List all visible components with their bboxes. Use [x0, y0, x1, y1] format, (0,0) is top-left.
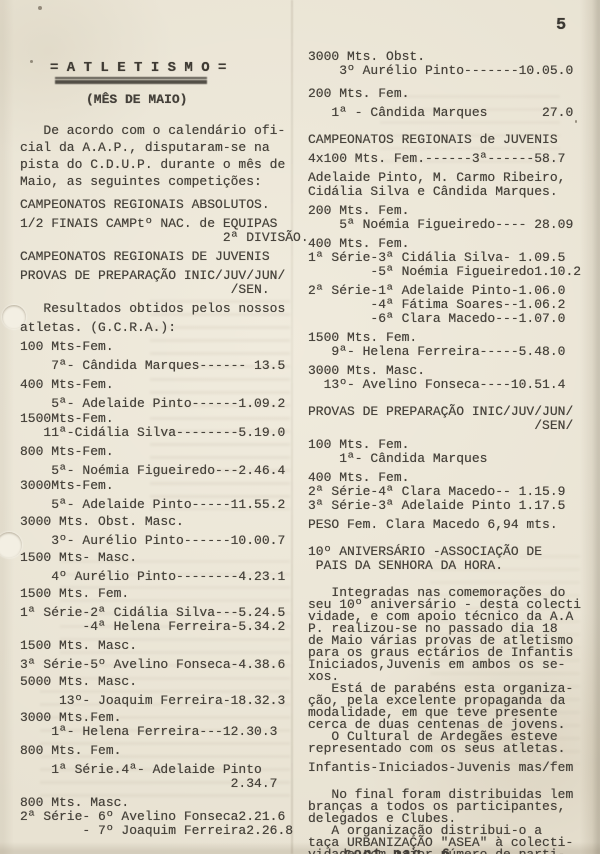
text-line: Maio, as seguintes competições:: [20, 175, 302, 188]
text-line: 200 Mts. Fem.: [308, 87, 594, 100]
text-line: 400 Mts. Fem.: [308, 237, 594, 250]
text-line: 1ª- Cândida Marques: [308, 452, 594, 465]
text-line: 100 Mts. Fem.: [308, 438, 594, 451]
paper-speck: [38, 6, 42, 10]
text-line: -5ª Noémia Figueiredo1.10.2: [308, 265, 594, 278]
text-line: 3º- Aurélio Pinto------10.00.7: [20, 534, 302, 547]
text-line: 1ª - Cândida Marques 27.0: [308, 106, 594, 119]
text-line: PESO Fem. Clara Macedo 6,94 mts.: [308, 518, 594, 531]
text-line: 2.34.7: [20, 777, 302, 790]
title-underline: [55, 77, 207, 84]
text-line: 200 Mts. Fem.: [308, 204, 594, 217]
text-line: Resultados obtidos pelos nossos: [20, 302, 302, 315]
text-line: Iniciados,Juvenis em ambos os se-: [308, 658, 594, 671]
page-title: = A T L E T I S M O =: [50, 60, 226, 76]
left-column: De acordo com o calendário ofi-cial da A…: [20, 124, 302, 837]
page-subtitle: (MÊS DE MAIO): [86, 92, 187, 107]
text-line: 1500 Mts. Fem.: [20, 587, 302, 600]
text-line: Infantis-Iniciados-Juvenis mas/fem: [308, 761, 594, 774]
text-line: 800 Mts. Fem.: [20, 744, 302, 757]
text-line: CAMPEONATOS REGIONAIS ABSOLUTOS.: [20, 198, 302, 211]
text-line: /SEN.: [20, 283, 302, 296]
text-line: 1ª Série.4ª- Adelaide Pinto: [20, 763, 302, 776]
right-column: 3000 Mts. Obst. 3º Aurélio Pinto-------1…: [308, 50, 594, 854]
text-line: 3000 Mts. Obst.: [308, 50, 594, 63]
text-line: -4ª Helena Ferreira-5.34.2: [20, 620, 302, 633]
text-line: 800 Mts-Fem.: [20, 445, 302, 458]
scanned-bulletin-page: 5 = A T L E T I S M O = (MÊS DE MAIO) De…: [0, 0, 600, 854]
text-line: 13º- Avelino Fonseca----10.51.4: [308, 378, 594, 391]
text-line: 7ª- Cândida Marques------ 13.5: [20, 359, 302, 372]
page-number: 5: [556, 16, 566, 35]
text-line: 1500 Mts- Masc.: [20, 551, 302, 564]
text-line: PROVAS DE PREPARAÇÃO INIC/JUV/JUN/: [20, 269, 302, 282]
text-line: Adelaide Pinto, M. Carmo Ribeiro,: [308, 171, 594, 184]
punch-hole: [0, 532, 22, 558]
text-line: 800 Mts. Masc.: [20, 796, 302, 809]
text-line: De acordo com o calendário ofi-: [20, 124, 302, 137]
text-line: -4ª Fátima Soares--1.06.2: [308, 298, 594, 311]
text-line: 5ª- Noémia Figueiredo---2.46.4: [20, 464, 302, 477]
text-line: pista do C.D.U.P. durante o mês de: [20, 158, 302, 171]
text-line: 100 Mts-Fem.: [20, 340, 302, 353]
text-line: 2ª Série- 6º Avelino Fonseca2.21.6: [20, 810, 302, 823]
text-line: cial da A.A.P., disputaram-se na: [20, 141, 302, 154]
text-line: 5ª Noémia Figueiredo---- 28.09: [308, 218, 594, 231]
text-line: 2ª Série-1ª Adelaide Pinto-1.06.0: [308, 284, 594, 297]
text-line: - 7º Joaquim Ferreira2.26.8: [20, 824, 302, 837]
text-line: CAMPEONATOS REGIONAIS de JUVENIS: [308, 133, 594, 146]
text-line: 2ª DIVISÃO.: [20, 231, 302, 244]
text-line: 3ª Série-5º Avelino Fonseca-4.38.6: [20, 658, 302, 671]
text-line: 3º Aurélio Pinto-------10.05.0: [308, 64, 594, 77]
text-line: 9ª- Helena Ferreira-----5.48.0: [308, 345, 594, 358]
text-line: 3000 Mts.Fem.: [20, 711, 302, 724]
text-line: 10º ANIVERSÁRIO -ASSOCIAÇÃO DE: [308, 545, 594, 558]
text-line: representado com os seus atletas.: [308, 742, 594, 755]
text-line: 13º- Joaquim Ferreira-18.32.3: [20, 694, 302, 707]
text-line: atletas. (G.C.R.A.):: [20, 321, 302, 334]
text-line: 3000 Mts. Obst. Masc.: [20, 515, 302, 528]
text-line: 1ª- Helena Ferreira---12.30.3: [20, 725, 302, 738]
text-line: 1500Mts-Fem.: [20, 412, 302, 425]
text-line: Cidália Silva e Cândida Marques.: [308, 185, 594, 198]
paper-speck: [30, 60, 33, 63]
text-line: 2ª Série-4ª Clara Macedo-- 1.15.9: [308, 485, 594, 498]
text-line: 3000 Mts. Masc.: [308, 364, 594, 377]
text-line: 1500 Mts. Masc.: [20, 639, 302, 652]
text-line: 3000Mts-Fem.: [20, 479, 302, 492]
text-line: 4º Aurélio Pinto--------4.23.1: [20, 570, 302, 583]
text-line: /SEN/: [308, 419, 594, 432]
text-line: 1ª Série-3ª Cidália Silva- 1.09.5: [308, 251, 594, 264]
text-line: 5ª- Adelaide Pinto------1.09.2: [20, 397, 302, 410]
text-line: 1500 Mts. Fem.: [308, 331, 594, 344]
text-line: PROVAS DE PREPARAÇÃO INIC/JUV/JUN/: [308, 405, 594, 418]
text-line: 5ª- Adelaide Pinto-----11.55.2: [20, 498, 302, 511]
text-line: 3ª Série-3ª Adelaide Pinto 1.17.5: [308, 499, 594, 512]
text-line: CAMPEONATOS REGIONAIS DE JUVENIS: [20, 250, 302, 263]
text-line: 4x100 Mts. Fem.------3ª------58.7: [308, 152, 594, 165]
text-line: 5000 Mts. Masc.: [20, 675, 302, 688]
text-line: 1ª Série-2ª Cidália Silva---5.24.5: [20, 606, 302, 619]
text-line: 400 Mts. Fem.: [308, 471, 594, 484]
text-line: -6ª Clara Macedo---1.07.0: [308, 312, 594, 325]
continuation-note: cont pag. 6: [344, 846, 452, 854]
text-line: PAIS DA SENHORA DA HORA.: [308, 559, 594, 572]
text-line: 11ª-Cidália Silva--------5.19.0: [20, 426, 302, 439]
text-line: 1/2 FINAIS CAMPtº NAC. de EQUIPAS: [20, 217, 302, 230]
text-line: 400 Mts-Fem.: [20, 378, 302, 391]
